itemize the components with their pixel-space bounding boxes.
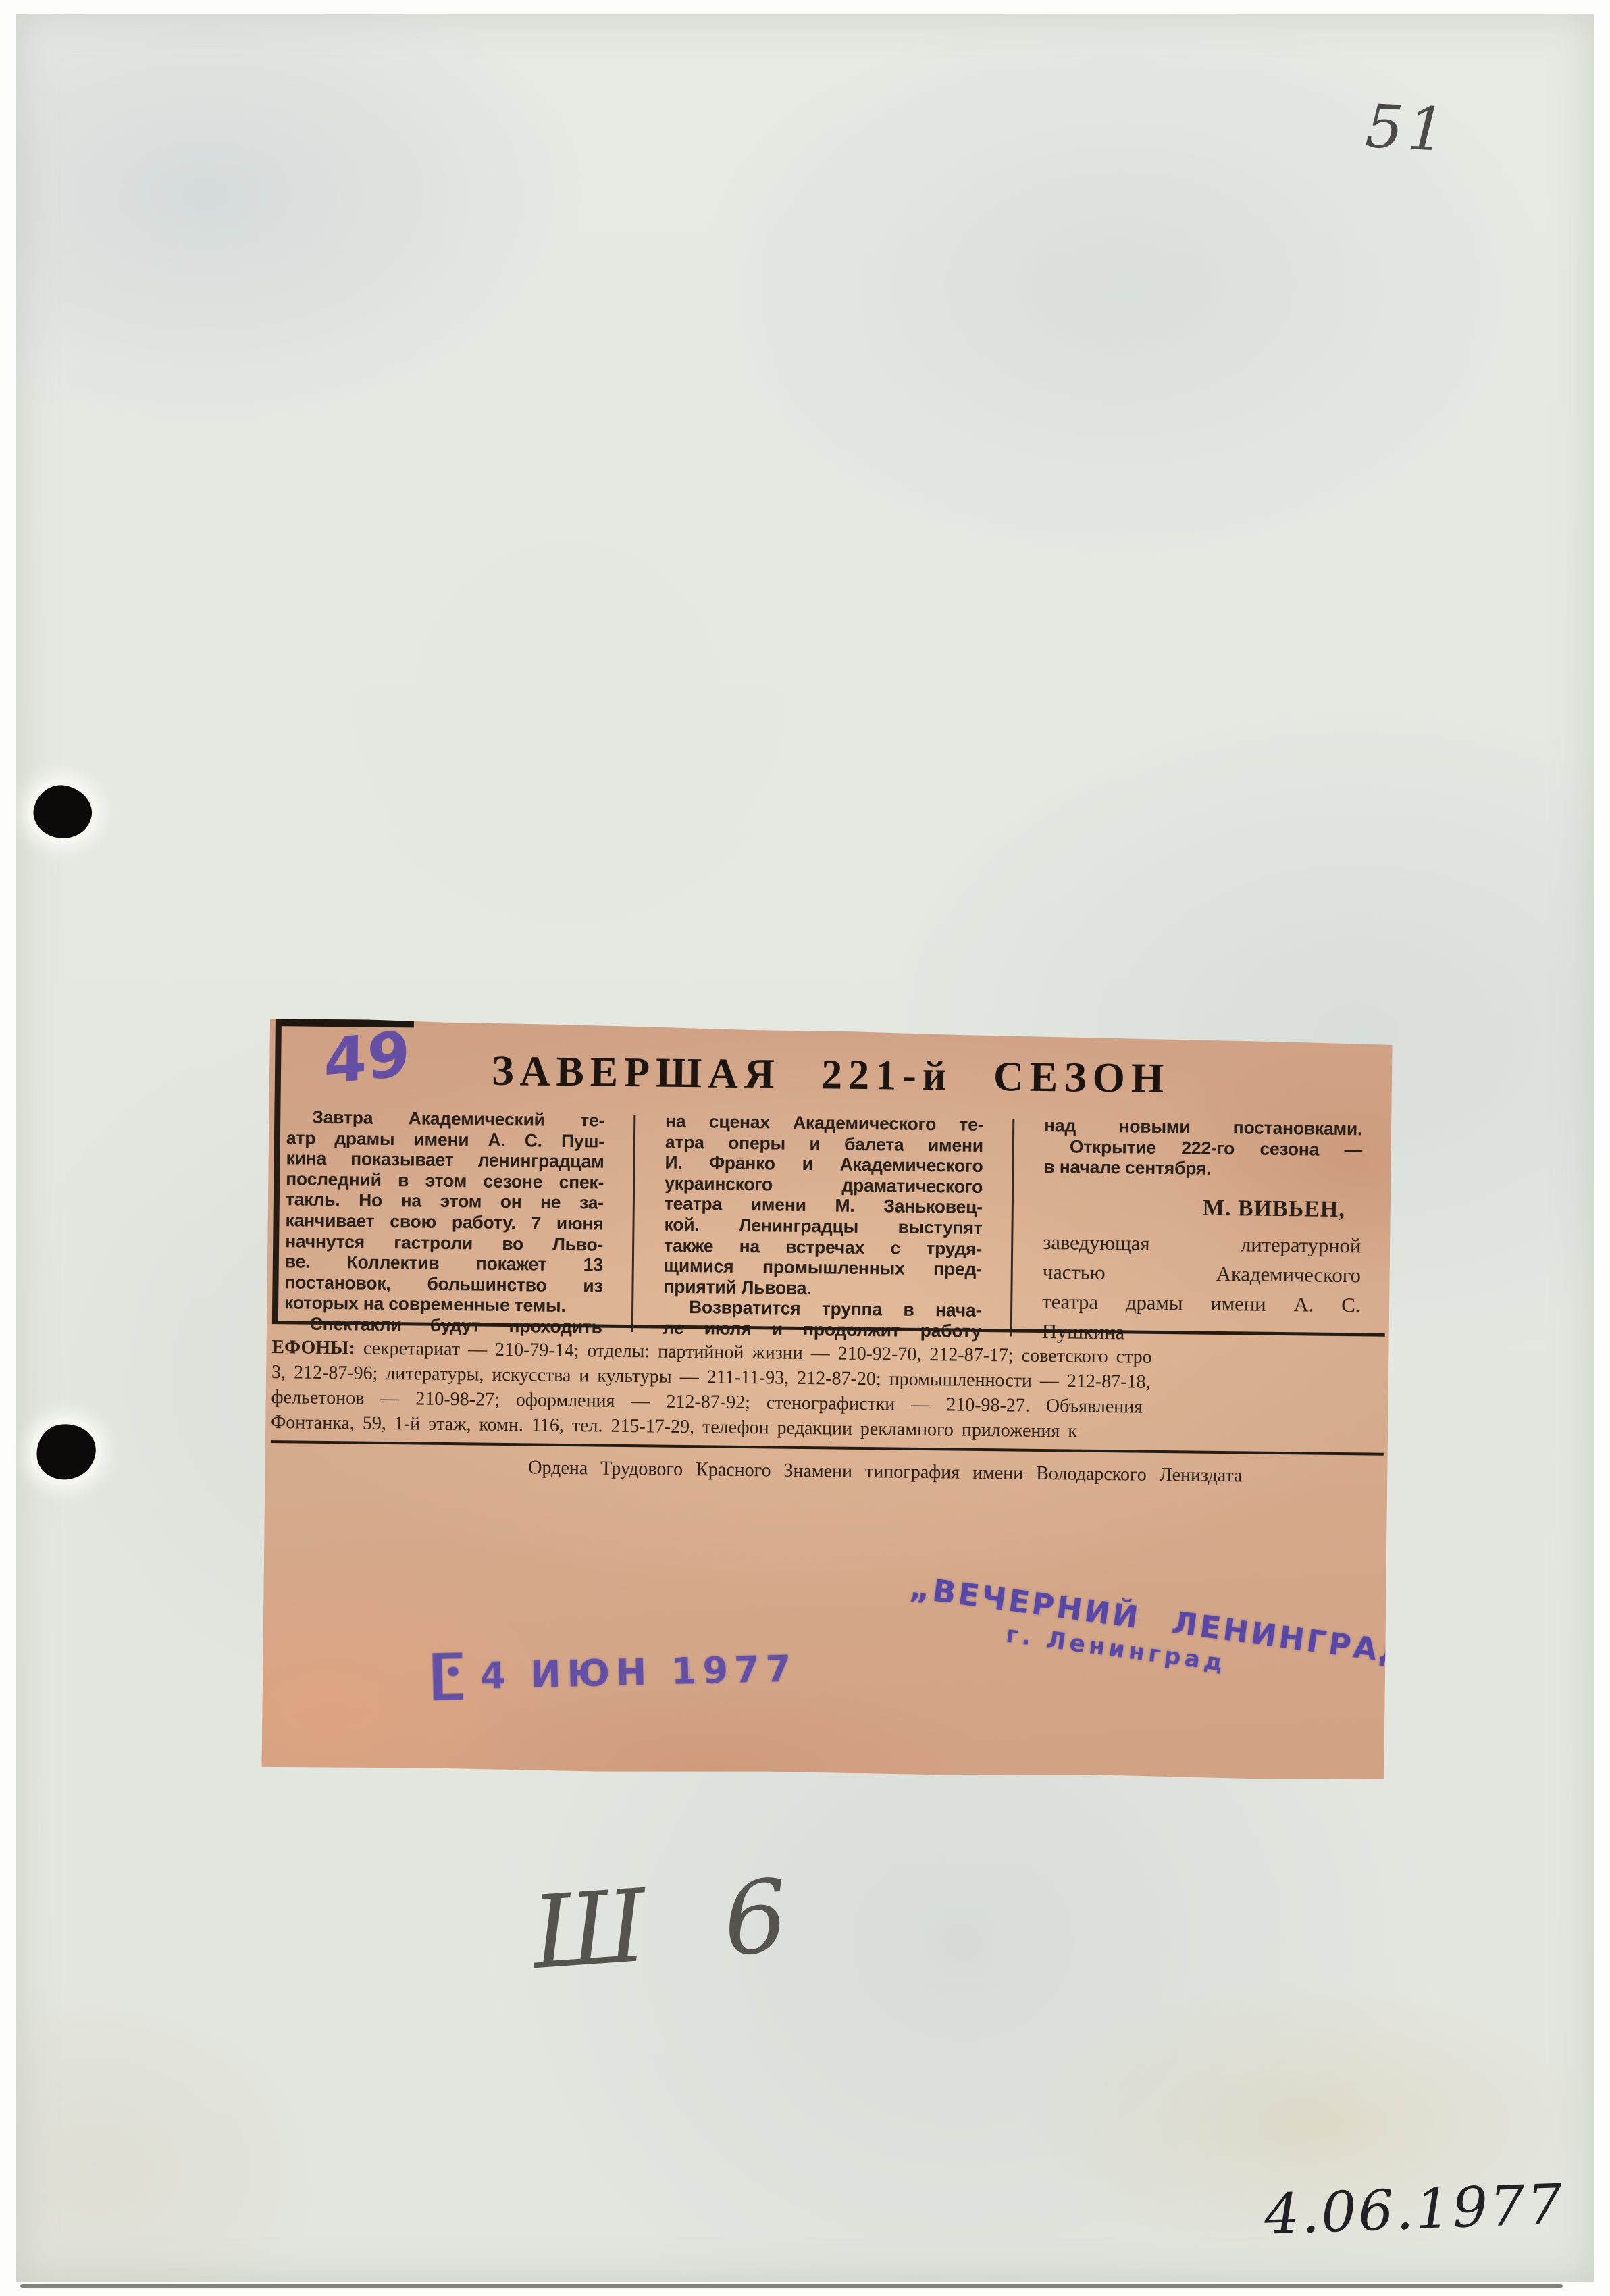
newspaper-clipping: 49 ЗАВЕРШАЯ 221-й СЕЗОН Завтра Академиче… [261, 1015, 1393, 1781]
article-columns: Завтра Академический те-атр драмы имени … [284, 1106, 1364, 1336]
column-paragraphs: на сценах Академического те-атра оперы и… [663, 1111, 984, 1342]
article-column-2: на сценах Академического те-атра оперы и… [663, 1111, 984, 1332]
article-line: над новыми постановками. [1044, 1115, 1362, 1140]
article-line: канчивает свою работу. 7 июня [285, 1210, 603, 1234]
article-line: кина показывает ленинградцам [286, 1148, 604, 1172]
article-line: в начале сентября. [1043, 1156, 1361, 1181]
article-line: ве. Коллектив покажет 13 [285, 1251, 603, 1275]
newspaper-stamp: „ВЕЧЕРНИЙ ЛЕНИНГРАД" г. Ленинград [904, 1569, 1430, 1704]
phones-label: ЕФОНЫ: [271, 1337, 355, 1358]
article-line: на сценах Академического те- [665, 1111, 983, 1136]
stamp-bracket-icon [432, 1652, 463, 1700]
signature-name: М. ВИВЬЕН, [1043, 1196, 1361, 1221]
page-number-pencil: 51 [1364, 91, 1451, 165]
article-line: Завтра Академический те- [286, 1106, 604, 1131]
section-mark-pencil: Ш 6 [529, 1856, 814, 1991]
article-line: И. Франко и Академического [665, 1152, 983, 1177]
signature-role-line: частью Академического [1043, 1257, 1361, 1290]
sheet-bottom-edge-shadow [20, 2284, 1563, 2288]
article-line: кой. Ленинградцы выступят [664, 1215, 982, 1239]
phones-block: ЕФОНЫ: секретариат — 210-79-14; отделы: … [271, 1321, 1385, 1448]
date-stamp: 4 ИЮН 1977 [432, 1645, 798, 1701]
article-line: щимися промышленных пред- [664, 1256, 982, 1280]
column-paragraphs: над новыми постановками.Открытие 222-го … [1043, 1115, 1362, 1181]
imprint-line: Ордена Трудового Красного Знамени типогр… [265, 1454, 1387, 1489]
signature-role-line: заведующая литературной [1043, 1227, 1361, 1260]
scanned-archive-page: { "page": { "page_number": "51", "sectio… [0, 0, 1610, 2296]
signature-block: М. ВИВЬЕН, заведующая литературнойчастью… [1042, 1196, 1361, 1350]
date-stamp-text: 4 ИЮН 1977 [479, 1647, 798, 1697]
article-headline: ЗАВЕРШАЯ 221-й СЕЗОН [269, 1045, 1393, 1106]
article-column-1: Завтра Академический те-атр драмы имени … [284, 1106, 605, 1327]
article-column-3: над новыми постановками.Открытие 222-го … [1042, 1115, 1363, 1336]
signature-role-line: театра драмы имени А. С. [1042, 1287, 1360, 1320]
column-paragraphs: Завтра Академический те-атр драмы имени … [284, 1106, 605, 1337]
date-note-ink: 4.06.1977 [1263, 2172, 1565, 2247]
